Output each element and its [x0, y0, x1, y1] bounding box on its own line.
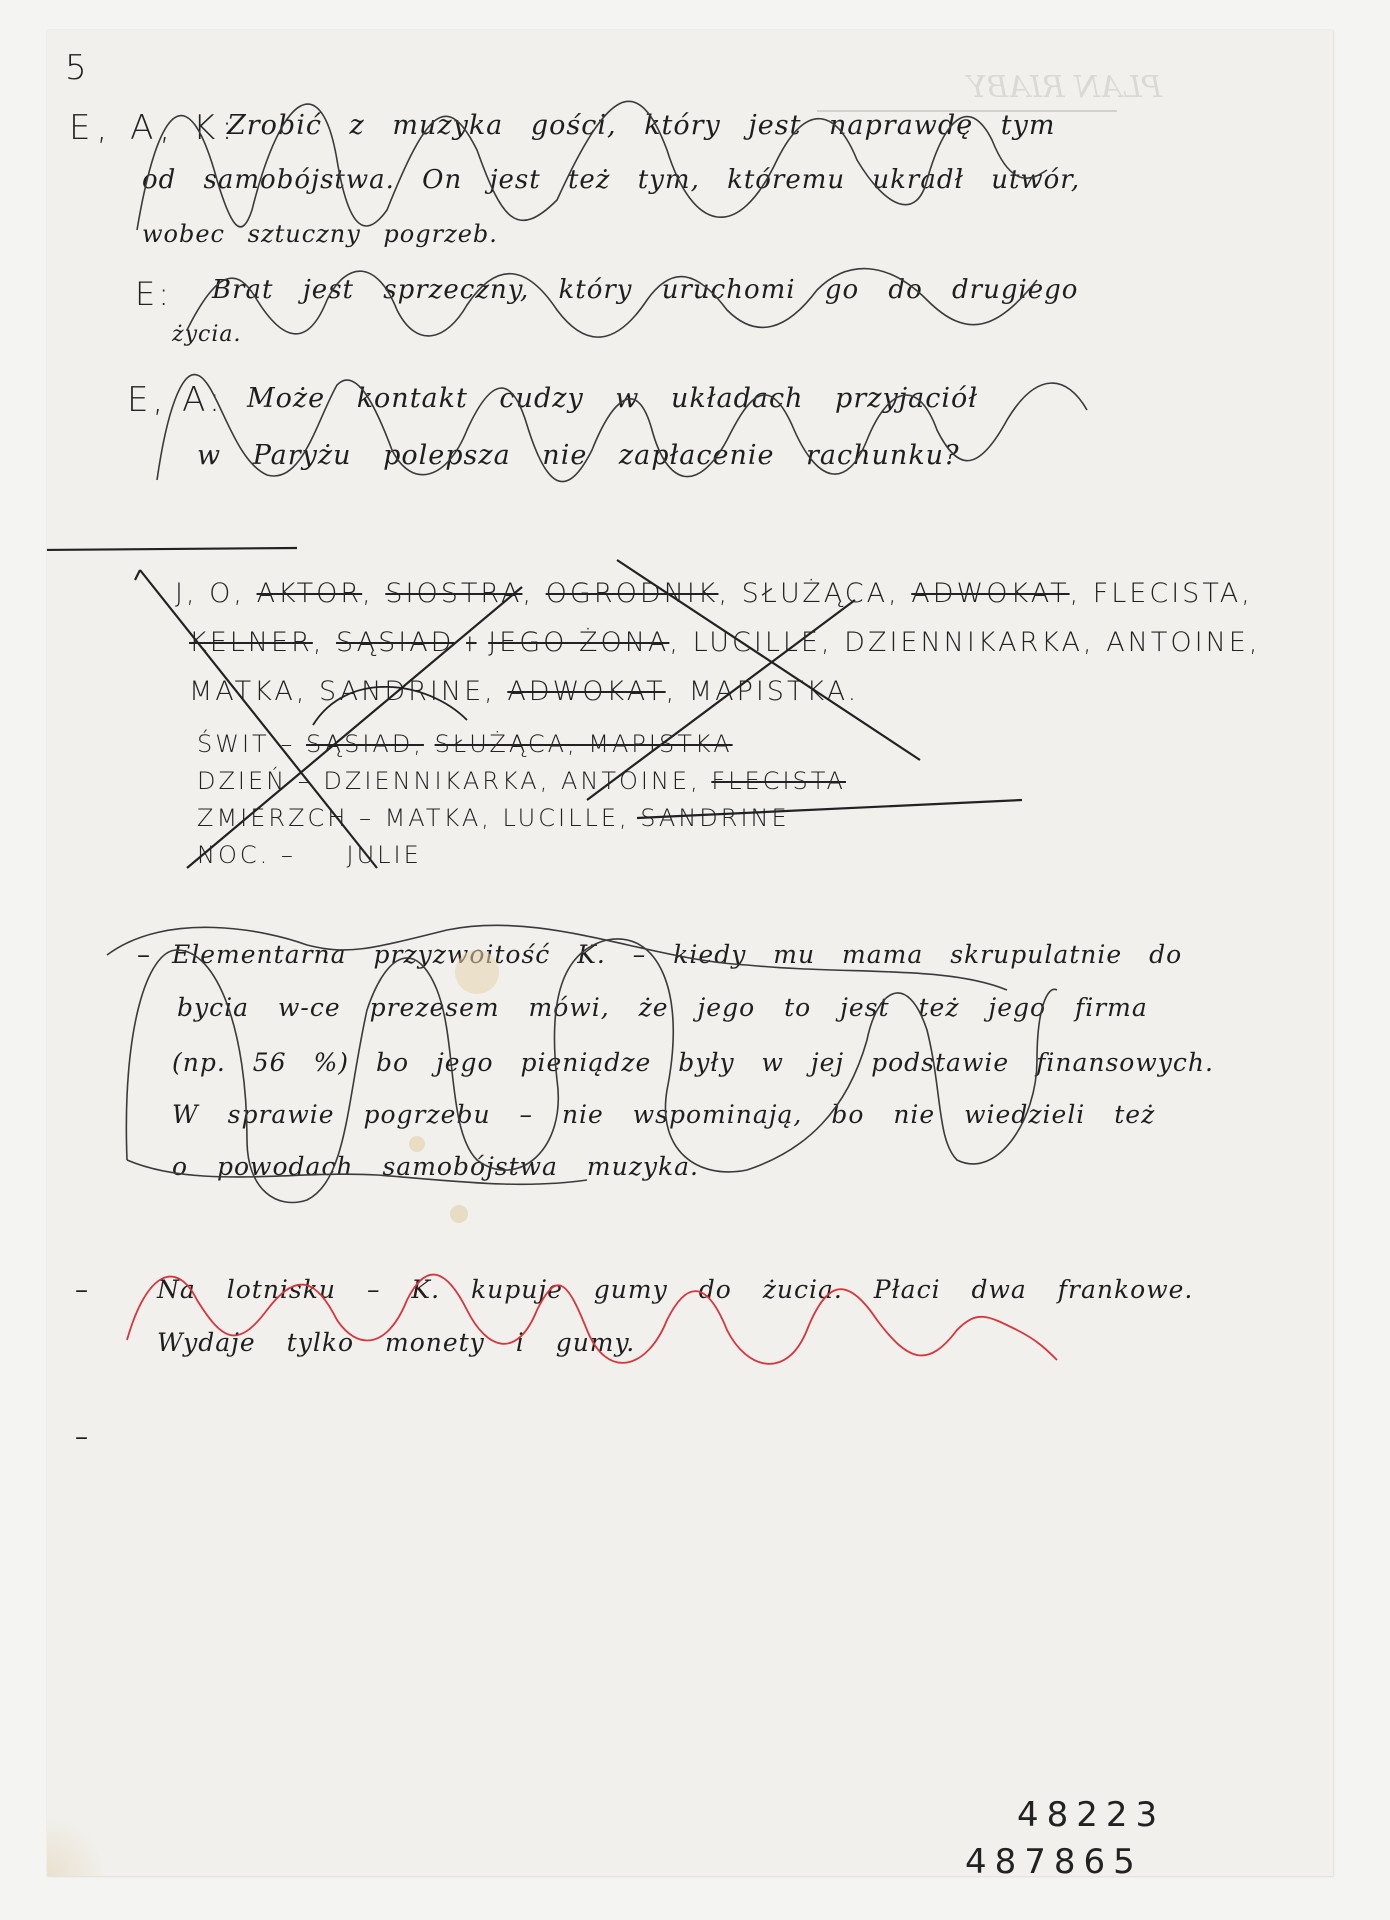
note-line: W sprawie pogrzebu – nie wspominają, bo …	[172, 1100, 1155, 1129]
dialogue-line: Brat jest sprzeczny, który uruchomi go d…	[212, 275, 1078, 305]
note-line: o powodach samobójstwa muzyka.	[172, 1152, 699, 1181]
cast-name: LUCILLE,	[693, 627, 833, 658]
dash: –	[280, 730, 295, 758]
cross-out-line	[135, 570, 140, 580]
time-label: ŚWIT	[197, 730, 270, 758]
speaker-label: E, A:	[127, 380, 224, 420]
cast-name: MATKA,	[189, 676, 307, 707]
time-of-day-row: NOC. – JULIE	[197, 841, 422, 869]
time-of-day-row: ŚWIT – SĄSIAD, SŁUŻĄCA, MAPISTKA	[197, 730, 733, 758]
page-number: 5	[65, 48, 88, 88]
manuscript-page: PLAN RIABY 5 E, A, K: Zrobić z muzyka go…	[47, 30, 1333, 1876]
cast-name: MATKA, LUCILLE, SANDRINE	[385, 804, 790, 832]
archive-number: 48223	[1017, 1795, 1165, 1835]
note-line: (np. 56 %) bo jego pieniądze były w jej …	[172, 1048, 1214, 1077]
time-label: ZMIERZCH	[197, 804, 348, 832]
note-line: bycia w-ce prezesem mówi, że jego to jes…	[177, 993, 1148, 1022]
cast-name-struck: ADWOKAT	[911, 578, 1069, 609]
cast-name: FLECISTA,	[1093, 578, 1253, 609]
archive-number: 487865	[965, 1842, 1143, 1876]
stain	[409, 1136, 425, 1152]
cast-row: MATKA, SANDRINE, ADWOKAT, MAPISTKA.	[189, 676, 859, 707]
separator-line	[47, 548, 297, 550]
dialogue-line: życia.	[172, 322, 242, 347]
cast-name-struck: SĄSIAD,	[306, 730, 424, 758]
bullet-dash: –	[137, 940, 151, 970]
dialogue-line: od samobójstwa. On jest też tym, któremu…	[142, 165, 1080, 195]
time-label: NOC.	[197, 841, 270, 869]
note-line: Wydaje tylko monety i gumy.	[157, 1328, 635, 1357]
cast-name: ANTOINE,	[1106, 627, 1260, 658]
dialogue-line: w Paryżu polepsza nie zapłacenie rachunk…	[197, 440, 960, 471]
cast-name: DZIENNIKARKA, ANTOINE,	[323, 767, 700, 795]
cast-name-struck: AKTOR	[257, 578, 363, 609]
cast-name: SANDRINE,	[319, 676, 496, 707]
cast-name: J,	[175, 578, 198, 609]
stain	[450, 1205, 468, 1223]
cast-name: SŁUŻĄCA,	[742, 578, 900, 609]
dash: –	[281, 841, 296, 869]
dialogue-line: wobec sztuczny pogrzeb.	[142, 220, 498, 248]
cast-row: J, O, AKTOR, SIOSTRA, OGRODNIK, SŁUŻĄCA,…	[175, 578, 1253, 609]
bleed-through-header: PLAN RIABY	[967, 70, 1162, 105]
note-line: Elementarna przyzwoitość K. – kiedy mu m…	[172, 940, 1182, 969]
time-label: DZIEŃ	[197, 767, 287, 795]
time-of-day-row: DZIEŃ – DZIENNIKARKA, ANTOINE, FLECISTA	[197, 767, 846, 795]
cast-name-struck: KELNER	[189, 627, 313, 658]
dash: –	[298, 767, 313, 795]
cast-name: MAPISTKA.	[689, 676, 859, 707]
speaker-label: E:	[135, 275, 172, 313]
cast-row: KELNER, SĄSIAD i JEGO ŻONA, LUCILLE, DZI…	[189, 627, 1260, 658]
cast-name: O,	[209, 578, 245, 609]
cast-name-struck: JEGO ŻONA	[488, 627, 669, 658]
paper-stain	[47, 1816, 107, 1876]
cast-name: JULIE	[347, 841, 422, 869]
dialogue-line: Może kontakt cudzy w układach przyjaciół	[247, 383, 978, 414]
dialogue-line: Zrobić z muzyka gości, który jest napraw…	[227, 110, 1055, 141]
speaker-label: E, A, K:	[69, 108, 239, 148]
cast-name-struck: ADWOKAT	[507, 676, 665, 707]
dash: –	[359, 804, 374, 832]
bullet-dash: –	[75, 1275, 89, 1305]
cast-name-struck: SIOSTRA	[385, 578, 522, 609]
cast-name-struck: FLECISTA	[711, 767, 846, 795]
time-of-day-row: ZMIERZCH – MATKA, LUCILLE, SANDRINE	[197, 804, 790, 832]
cast-name: DZIENNIKARKA,	[844, 627, 1094, 658]
cast-name-struck: i	[466, 627, 477, 658]
bullet-dash: –	[75, 1422, 89, 1452]
cast-name-struck: SĄSIAD	[336, 627, 454, 658]
note-line: Na lotnisku – K. kupuje gumy do żucia. P…	[157, 1275, 1193, 1304]
cast-name-struck: OGRODNIK	[546, 578, 719, 609]
cast-name-struck: SŁUŻĄCA, MAPISTKA	[435, 730, 733, 758]
